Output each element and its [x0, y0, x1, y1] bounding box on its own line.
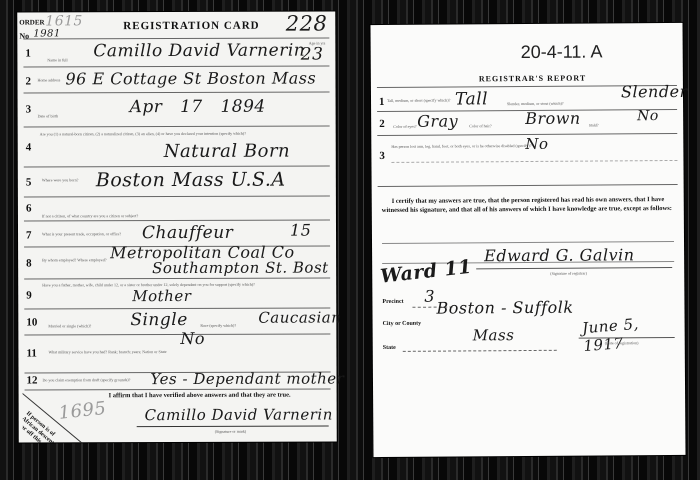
signature-caption: (Signature or mark)	[215, 429, 247, 434]
registrars-report-title: REGISTRAR'S REPORT	[479, 74, 586, 84]
registration-date: June 5, 1917	[581, 311, 685, 355]
state-label: State	[383, 345, 396, 351]
row-number: 11	[26, 347, 36, 359]
race-label: Race (specify which)?	[200, 323, 236, 328]
field-label: Color of hair?	[469, 123, 491, 128]
build-value: Slender	[621, 82, 688, 101]
occupation-value: Chauffeur	[142, 223, 233, 243]
address-value: 96 E Cottage St Boston Mass	[65, 69, 316, 89]
row-number: 9	[26, 290, 32, 302]
corner-note: If person is of African descent, tear of…	[23, 411, 68, 443]
row-5: 5 Where were you born? Boston Mass U.S.A	[24, 165, 330, 197]
marital-status-value: Single	[130, 310, 187, 330]
row-number: 8	[26, 258, 32, 270]
field-label: Color of eyes?	[393, 124, 416, 129]
row-number: 1	[379, 96, 385, 108]
registration-card-back: 20-4-11. A REGISTRAR'S REPORT 1 Tall, me…	[370, 23, 685, 457]
birthplace-value: Boston Mass U.S.A	[96, 169, 286, 192]
field-label: Do you claim exemption from draft (speci…	[43, 377, 131, 382]
race-value: Caucasian	[258, 308, 341, 326]
row-number: 3	[26, 104, 32, 116]
exception-line-1	[382, 241, 674, 244]
hair-color-value: Brown	[525, 109, 581, 128]
field-label: Bald?	[589, 123, 598, 128]
state-line	[403, 350, 557, 352]
city-value: Boston - Suffolk	[436, 298, 573, 318]
military-service-value: No	[180, 329, 205, 348]
date-caption: (Date of registration)	[605, 340, 639, 345]
field-label: Tall, medium, or short (specify which)?	[387, 98, 450, 103]
state-value: Mass	[473, 326, 515, 344]
row-number: 6	[26, 203, 32, 215]
affirmation-text: I affirm that I have verified above answ…	[109, 392, 291, 400]
signature-line	[137, 425, 329, 427]
precinct-label: Precinct	[382, 299, 403, 305]
card-number: 228	[286, 11, 328, 35]
tear-off-corner: If person is of African descent, tear of…	[23, 384, 93, 442]
ward-value: Ward 11	[379, 256, 473, 288]
precinct-value: 3	[424, 287, 435, 306]
city-label: City or County	[383, 321, 422, 327]
row-number: 2	[25, 76, 31, 88]
report-row-3: 3 Has person lost arm, leg, hand, foot, …	[377, 133, 677, 187]
row-number: 1	[25, 48, 31, 60]
field-label: If not a citizen, of what country are yo…	[42, 213, 138, 218]
certification-text: I certify that my answers are true, that…	[382, 195, 674, 215]
row-number: 5	[26, 177, 32, 189]
row-4: 4 Are you (1) a natural-born citizen, (2…	[24, 125, 330, 167]
field-label: Date of birth	[38, 113, 58, 118]
employer-location: Southampton St. Bost	[152, 258, 329, 277]
occupation-note: 15	[290, 221, 311, 240]
field-label: Home address	[37, 77, 60, 82]
name-value: Camillo David Varnerin	[93, 41, 305, 62]
row-number: 7	[26, 230, 32, 242]
field-label: What is your present trade, occupation, …	[42, 231, 121, 236]
row-number: 2	[379, 118, 385, 130]
row-9: 9 Have you a father, mother, wife, child…	[24, 277, 330, 309]
field-label: Name in full	[47, 57, 67, 62]
disability-value: No	[525, 135, 548, 153]
card-title: REGISTRATION CARD	[123, 20, 259, 32]
report-row-2: 2 Color of eyes? Gray Color of hair? Bro…	[377, 109, 677, 134]
row-number: 10	[26, 316, 37, 328]
exemption-value: Yes - Dependant mother	[150, 369, 344, 388]
row-1: 1 Name in full Camillo David Varnerin Ag…	[23, 37, 329, 67]
registrar-signature: Edward G. Galvin	[484, 245, 635, 265]
row-8: 8 By whom employed? Where employed? Metr…	[24, 245, 330, 279]
order-label: ORDER	[19, 18, 44, 26]
dependent-value: Mother	[132, 287, 191, 305]
field-label: Married or single (which)?	[48, 323, 91, 328]
field-label: What military service have you had? Rank…	[48, 349, 166, 354]
blank-line	[391, 160, 677, 163]
age-value: 23	[301, 44, 324, 64]
citizenship-value: Natural Born	[164, 141, 290, 162]
row-10: 10 Married or single (which)? Single Rac…	[24, 307, 330, 335]
row-2: 2 Home address 96 E Cottage St Boston Ma…	[23, 65, 329, 93]
birth-date-value: Apr 17 1894	[130, 97, 266, 117]
bald-value: No	[637, 108, 659, 124]
registrar-caption: (Signature of registrar)	[550, 271, 587, 276]
field-label: By whom employed? Where employed?	[42, 257, 106, 262]
row-number: 4	[26, 142, 32, 154]
eye-color-value: Gray	[417, 111, 458, 130]
report-row-1: 1 Tall, medium, or short (specify which)…	[377, 85, 677, 112]
registrar-signature-line	[476, 267, 672, 269]
row-11: 11 What military service have you had? R…	[24, 333, 330, 373]
row-6: 6 If not a citizen, of what country are …	[24, 195, 330, 221]
registration-card-front: ORDER 1615 No 1981 REGISTRATION CARD 228…	[17, 11, 336, 442]
field-label: Slender, medium, or stout (which)?	[507, 101, 564, 106]
back-serial: 20-4-11. A	[521, 41, 603, 63]
field-label: Where were you born?	[42, 177, 79, 182]
height-value: Tall	[455, 89, 488, 109]
field-label: Has person lost arm, leg, hand, foot, or…	[391, 143, 531, 149]
row-3: 3 Date of birth Apr 17 1894	[24, 91, 330, 123]
field-label: Are you (1) a natural-born citizen, (2) …	[40, 131, 246, 137]
row-number: 3	[379, 150, 385, 162]
registrant-signature: Camillo David Varnerin	[145, 405, 333, 424]
order-number: 1615	[45, 13, 83, 29]
